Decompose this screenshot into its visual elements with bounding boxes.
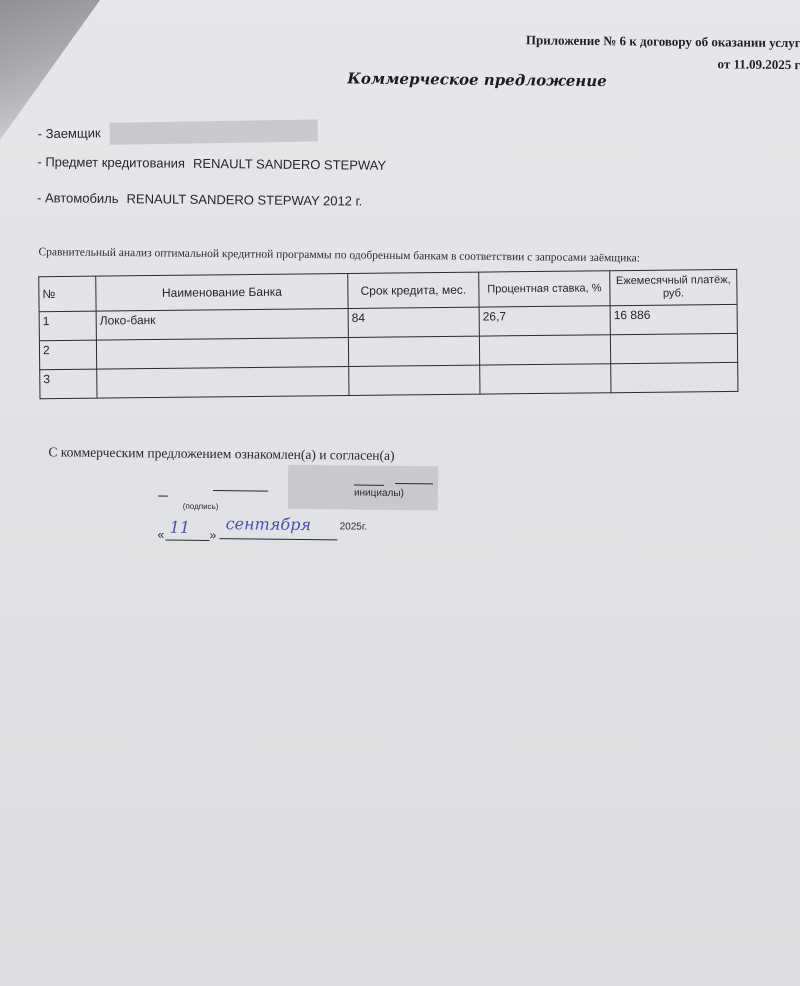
cell-term [348,336,479,366]
car-value: RENAULT SANDERO STEPWAY 2012 г. [126,191,362,208]
borrower-field: - Заемщик [38,119,319,145]
cell-bank-name [97,366,349,398]
agreement-text: С коммерческим предложением ознакомлен(а… [48,444,394,464]
close-quote: » [209,528,216,542]
signature-caption: (подпись) [183,502,219,511]
header-payment: Ежемесячный платёж, руб. [610,269,737,305]
cell-rate [479,335,610,365]
bank-offers-table: № Наименование Банка Срок кредита, мес. … [38,269,738,399]
cell-payment [610,333,737,363]
year-text: 2025г. [340,521,368,532]
dash [158,495,168,496]
borrower-redacted [110,119,318,144]
open-quote: « [157,527,164,541]
day-line [165,540,209,541]
cell-rate: 26,7 [479,306,610,336]
handwritten-month: сентября [226,514,312,534]
credit-subject-value: RENAULT SANDERO STEPWAY [193,156,386,173]
month-line [219,538,337,540]
cell-payment [611,362,738,392]
cell-bank-name: Локо-банк [96,308,348,340]
credit-subject-label: - Предмет кредитования [37,154,185,171]
analysis-intro: Сравнительный анализ оптимальной кредитн… [38,246,640,264]
cell-bank-name [96,337,348,369]
header-bank-name: Наименование Банка [96,273,348,311]
cell-rate [480,364,611,394]
appendix-line-1: Приложение № 6 к договору об оказании ус… [526,29,800,54]
cell-number: 2 [39,340,96,370]
car-field: - АвтомобильRENAULT SANDERO STEPWAY 2012… [37,190,362,208]
signature-line [213,490,268,492]
cell-number: 3 [40,369,97,399]
borrower-label: - Заемщик [38,125,101,141]
cell-number: 1 [39,311,96,341]
credit-subject-field: - Предмет кредитованияRENAULT SANDERO ST… [37,154,386,173]
document-title: Коммерческое предложение [347,69,607,90]
cell-payment: 16 886 [610,304,737,334]
header-number: № [39,276,96,312]
cell-term [349,365,480,395]
header-term: Срок кредита, мес. [348,272,479,308]
table-row: 3 [40,362,738,398]
cell-term: 84 [348,307,479,337]
appendix-header: Приложение № 6 к договору об оказании ус… [526,29,800,76]
header-rate: Процентная ставка, % [479,271,610,307]
name-caption: инициалы) [354,488,404,500]
car-label: - Автомобиль [37,190,119,206]
handwritten-day: 11 [170,518,191,537]
